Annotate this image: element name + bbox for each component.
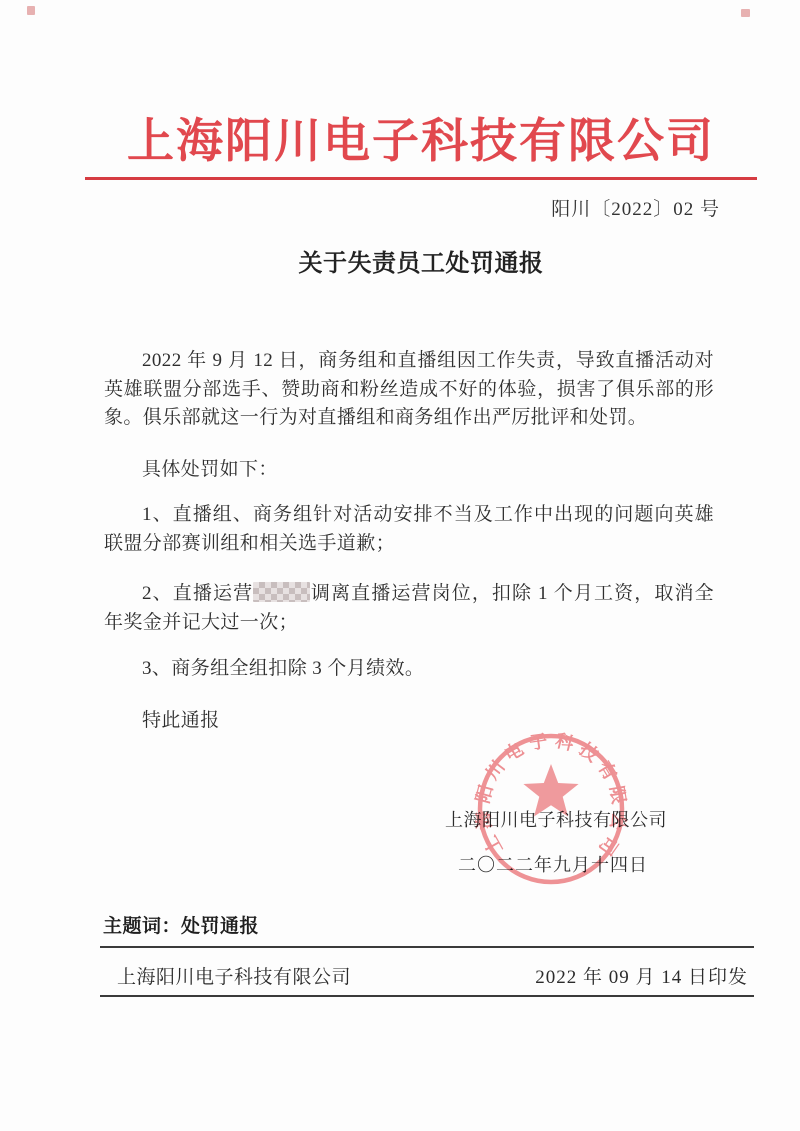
- footer-rule-top: [100, 946, 754, 948]
- scan-speck-top-right: [741, 9, 750, 17]
- intro-paragraph: 2022 年 9 月 12 日，商务组和直播组因工作失责，导致直播活动对英雄联盟…: [104, 347, 714, 433]
- subject-value: 处罚通报: [181, 916, 259, 937]
- doc-number: 阳川〔2022〕02 号: [551, 194, 720, 221]
- closing-line: 特此通报: [104, 707, 714, 736]
- footer-print-date: 2022 年 09 月 14 日印发: [535, 962, 748, 989]
- penalty-item-3: 3、商务组全组扣除 3 个月绩效。: [104, 655, 714, 684]
- subject-line: 主题词：处罚通报: [103, 911, 259, 938]
- seal-ring-text: 上海阳川电子科技有限公司: [471, 729, 630, 863]
- document-page: 上海阳川电子科技有限公司 阳川〔2022〕02 号 关于失责员工处罚通报 202…: [0, 0, 800, 1131]
- subject-label: 主题词：: [103, 916, 181, 937]
- doc-title: 关于失责员工处罚通报: [85, 243, 757, 278]
- letterhead-company: 上海阳川电子科技有限公司: [85, 110, 757, 174]
- scan-speck-top-left: [27, 6, 35, 15]
- signature-company: 上海阳川电子科技有限公司: [445, 806, 667, 832]
- footer-rule-bottom: [100, 995, 754, 997]
- svg-text:上海阳川电子科技有限公司: 上海阳川电子科技有限公司: [471, 729, 630, 863]
- penalty-item-2-prefix: 2、直播运营: [142, 583, 253, 604]
- redacted-name-mosaic: [253, 582, 310, 602]
- footer-company: 上海阳川电子科技有限公司: [117, 962, 351, 989]
- penalty-item-1: 1、直播组、商务组针对活动安排不当及工作中出现的问题向英雄联盟分部赛训组和相关选…: [104, 501, 714, 558]
- letterhead-red-rule: [85, 177, 757, 180]
- signature-date: 二〇二二年九月十四日: [458, 851, 648, 877]
- penalty-item-2: 2、直播运营调离直播运营岗位，扣除 1 个月工资，取消全年奖金并记大过一次；: [104, 580, 714, 637]
- lead-paragraph: 具体处罚如下：: [104, 456, 714, 485]
